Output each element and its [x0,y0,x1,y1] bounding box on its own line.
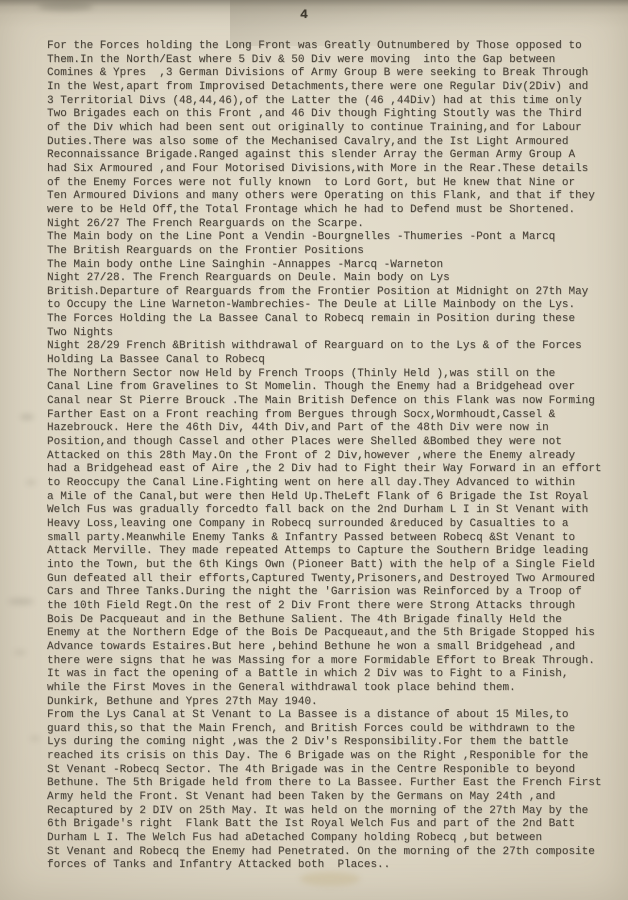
text-line: Gun defeated all their efforts,Captured … [47,573,613,587]
body-text: For the Forces holding the Long Front wa… [47,40,613,873]
text-line: Ten Armoured Divions and many others wer… [47,190,613,204]
text-line: Two Nights [47,327,613,341]
text-line: Heavy Loss,leaving one Company in Robecq… [47,518,613,532]
text-line: Canal Line from Gravelines to St Momelin… [47,381,613,395]
text-line: The Main body onthe Line Sainghin -Annap… [47,259,613,273]
text-line: Bethune. The 5th Brigade held from there… [47,777,613,791]
scan-smudge [8,598,34,605]
text-line: The Main body on the Line Pont a Vendin … [47,231,613,245]
text-line: 3 Territorial Divs (48,44,46),of the Lat… [47,95,613,109]
text-line: had Six Armoured ,and Four Motorised Div… [47,163,613,177]
text-line: Comines & Ypres ,3 German Divisions of A… [47,67,613,81]
text-line: Hazebrouck. Here the 46th Div, 44th Div,… [47,422,613,436]
text-line: Position,and though Cassel and other Pla… [47,436,613,450]
text-line: Cars and Three Tanks.During the night th… [47,586,613,600]
page-number: 4 [0,7,618,22]
text-line: Recaptured by 2 DIV on 25th May. It was … [47,805,613,819]
text-line: Farther East on a Front reaching from Be… [47,409,613,423]
text-line: Bois De Pacqueaut and in the Bethune Sal… [47,614,613,628]
scan-smudge [30,736,40,741]
text-line: into the Town, but the 6th Kings Own (Pi… [47,559,613,573]
text-line: forces of Tanks and Infantry Attacked bo… [47,859,613,873]
text-line: Attack Merville. They made repeated Atte… [47,545,613,559]
text-line: Lys during the coming night ,was the 2 D… [47,736,613,750]
text-line: to Occupy the Line Warneton-Wambrechies-… [47,299,613,313]
text-line: of the Div which had been sent out origi… [47,122,613,136]
text-line: Night 27/28. The French Rearguards on De… [47,272,613,286]
scan-smudge [14,650,26,655]
text-line: Army held the Front. St Venant had been … [47,791,613,805]
text-line: St Venant -Robecq Sector. The 4th Brigad… [47,764,613,778]
text-line: Night 28/29 French &British withdrawal o… [47,340,613,354]
text-line: were to be Held Off,the Total Frontage w… [47,204,613,218]
text-line: It was in fact the opening of a Battle i… [47,668,613,682]
text-line: Them.In the North/East where 5 Div & 50 … [47,54,613,68]
text-line: From the Lys Canal at St Venant to La Ba… [47,709,613,723]
text-line: Enemy at the Northern Edge of the Bois D… [47,627,613,641]
text-line: of the Enemy Forces were not fully known… [47,177,613,191]
text-line: In the West,apart from Improvised Detach… [47,81,613,95]
text-line: had a Bridgehead east of Aire ,the 2 Div… [47,463,613,477]
text-line: small party.Meanwhile Enemy Tanks & Infa… [47,532,613,546]
text-line: Advance towards Estaires.But here ,behin… [47,641,613,655]
text-line: Holding La Bassee Canal to Robecq [47,354,613,368]
text-line: Two Brigades each on this Front ,and 46 … [47,108,613,122]
text-line: while the First Moves in the General wit… [47,682,613,696]
text-line: Canal near St Pierre Brouck .The Main Br… [47,395,613,409]
text-line: Welch Fus was gradually forcedto fall ba… [47,504,613,518]
text-line: Durham L I. The Welch Fus had aDetached … [47,832,613,846]
scan-smudge [20,414,34,420]
text-line: there were signs that he was Massing for… [47,655,613,669]
text-line: The British Rearguards on the Frontier P… [47,245,613,259]
text-line: reached its crisis on this Day. The 6 Br… [47,750,613,764]
scan-smudge [26,480,36,485]
text-line: the 10th Field Regt.On the rest of 2 Div… [47,600,613,614]
text-line: Duties.There was also some of the Mechan… [47,136,613,150]
scan-smudge [300,872,360,886]
text-line: Dunkirk, Bethune and Ypres 27th May 1940… [47,696,613,710]
text-line: Night 26/27 The French Rearguards on the… [47,218,613,232]
text-line: Reconnaissance Brigade.Ranged against th… [47,149,613,163]
text-line: Attacked on this 28th May.On the Front o… [47,450,613,464]
text-line: British.Departure of Rearguards from the… [47,286,613,300]
text-line: to Reoccupy the Canal Line.Fighting went… [47,477,613,491]
document-page: 4 For the Forces holding the Long Front … [0,0,628,900]
text-line: For the Forces holding the Long Front wa… [47,40,613,54]
text-line: a Mile of the Canal,but were then Held U… [47,491,613,505]
text-line: guard this,so that the Main French, and … [47,723,613,737]
text-line: St Venant and Robecq the Enemy had Penet… [47,846,613,860]
text-line: 6th Brigade's right Flank Batt the Ist R… [47,818,613,832]
text-line: The Northern Sector now Held by French T… [47,368,613,382]
text-line: The Forces Holding the La Bassee Canal t… [47,313,613,327]
